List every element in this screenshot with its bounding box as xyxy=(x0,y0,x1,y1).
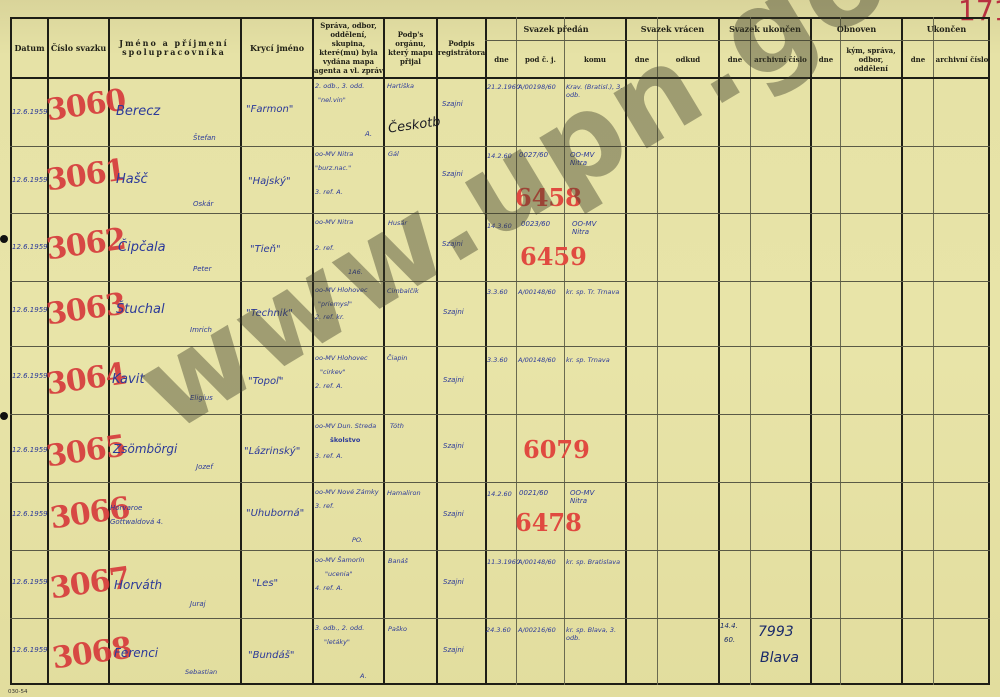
cell-sprava-1: oo-MV Nitra xyxy=(315,218,353,226)
cell-registrator: Szajni xyxy=(443,510,464,518)
cell-sprava-2: "burz.nac." xyxy=(315,164,351,172)
header-vracen-odkud: odkud xyxy=(658,42,718,77)
header-rule xyxy=(10,77,990,79)
cell-stamp-number: 6478 xyxy=(515,508,582,537)
header-ukoncen-dne: dne xyxy=(720,42,750,77)
cell-podpis-organu: Hamaliron xyxy=(387,489,421,497)
header-sprava: Správa, odbor, oddělení, skupina, které(… xyxy=(314,19,383,77)
row-rule xyxy=(10,618,990,619)
column-rule xyxy=(750,17,751,685)
cell-kryci: "Lázrinský" xyxy=(244,446,300,457)
cell-sprava-2: 2. ref. xyxy=(315,244,334,252)
cell-sprava-3: 3. ref. A. xyxy=(315,188,343,196)
header-podpis-registratora: Podpis registrátora xyxy=(438,19,485,77)
cell-kryci: "Tieň" xyxy=(250,244,281,255)
cell-predan-dne: 14.2.60 xyxy=(487,152,512,160)
column-rule xyxy=(901,17,903,685)
cell-sprava-1: 2. odb., 3. odd. xyxy=(315,82,364,90)
cell-sprava-1: oo-MV Šamorín xyxy=(315,556,364,564)
cell-sprava-1: 3. odb., 2. odd. xyxy=(315,624,364,632)
cell-predan-dne: 24.3.60 xyxy=(486,626,511,634)
cell-prijmeni: Čipčala xyxy=(118,240,166,255)
cell-sprava-2: "priemysl" xyxy=(318,300,352,308)
cell-sprava-3: 2. ref. A. xyxy=(315,382,343,390)
cell-sprava-3: 4. ref. A. xyxy=(315,584,343,592)
row-rule xyxy=(10,482,990,483)
cell-sprava-3: 3. ref. A. xyxy=(315,452,343,460)
cell-registrator: Szajni xyxy=(442,240,463,248)
column-rule xyxy=(657,17,658,685)
cell-datum: 12.6.1959 xyxy=(12,108,48,116)
column-rule xyxy=(240,17,242,685)
cell-stamp-number: 6079 xyxy=(523,435,590,464)
row-rule xyxy=(10,281,990,282)
cell-podpis-organu: Hartiška xyxy=(387,82,414,90)
cell-predan-cj: 0021/60 xyxy=(519,489,548,497)
row-rule xyxy=(10,213,990,214)
cell-kryci: "Bundáš" xyxy=(248,650,294,661)
cell-registrator: Szajni xyxy=(443,646,464,654)
header-datum: Datum xyxy=(12,19,47,77)
cell-kryci: "Farmon" xyxy=(246,104,293,115)
header-obnoven-kym: kým, správa, odbor, oddělení xyxy=(841,42,901,77)
cell-jmeno: Eligius xyxy=(190,394,213,402)
cell-kryci: "Les" xyxy=(252,578,278,589)
cell-registrator: Szajni xyxy=(443,308,464,316)
cell-predan-dne: 11.3.1960 xyxy=(487,558,520,566)
cell-sprava-1: oo-MV Hlohovec xyxy=(315,354,368,362)
cell-jmeno: Jozef xyxy=(196,463,213,471)
cell-prijmeni: Ferenci xyxy=(114,646,158,660)
header-kryci-jmeno: Krycí jméno xyxy=(242,19,312,77)
cell-predan-cj: A/00216/60 xyxy=(518,626,556,634)
header-ukoncen2-dne: dne xyxy=(903,42,933,77)
cell-jmeno: Sebastian xyxy=(185,668,217,676)
cell-predan-dne: 14.2.60 xyxy=(487,490,512,498)
cell-predan-cj: A/00148/60 xyxy=(518,558,556,566)
cell-predan-cj: A/00198/60 xyxy=(518,83,556,91)
cell-registrator: Szajni xyxy=(443,442,464,450)
cell-predan-komu: kr. sp. Blava, 3. odb. xyxy=(566,626,624,642)
cell-registrator: Szajni xyxy=(442,100,463,108)
cell-podpis-organu: Paško xyxy=(388,625,407,633)
cell-predan-komu: kr. sp. Tr. Trnava xyxy=(566,288,624,296)
cell-sprava-3: 1A6. xyxy=(348,268,363,276)
cell-predan-cj: 0023/60 xyxy=(521,220,550,228)
cell-podpis-organu: Husár xyxy=(388,219,407,227)
cell-ukoncen-archivni: 7993 xyxy=(758,624,794,640)
cell-sprava-3: PO. xyxy=(352,536,363,544)
cell-predan-komu: OO-MV Nitra xyxy=(570,151,610,167)
cell-kryci: "Uhuborná" xyxy=(246,508,304,519)
header-obnoven: Obnoven xyxy=(812,19,901,39)
cell-prijmeni: Štuchal xyxy=(116,302,165,317)
cell-predan-dne: 14.3.60 xyxy=(487,222,512,230)
cell-sprava-2: "letáky" xyxy=(324,638,350,646)
cell-jmeno: Imrich xyxy=(190,326,212,334)
cell-predan-cj: 0027/60 xyxy=(519,151,548,159)
cell-sprava-1: oo-MV Nové Zámky xyxy=(315,488,379,496)
cell-sprava-2: "ucenia" xyxy=(325,570,353,578)
cell-podpis-organu: Cimbalčík xyxy=(387,287,419,295)
cell-podpis-organu: Gál xyxy=(388,150,399,158)
header-jmeno: Jméno a příjmení spolupracovníka xyxy=(112,19,236,77)
header-podpis-organu: Podp's orgánu, který mapu přijal xyxy=(385,19,436,77)
cell-sprava-2: "nel.vin" xyxy=(318,96,346,104)
cell-sprava-1: oo-MV Nitra xyxy=(315,150,353,158)
cell-prijmeni: Zsömbörgi xyxy=(113,442,177,456)
column-rule xyxy=(564,17,565,685)
cell-predan-dne: 21.2.1960 xyxy=(487,83,520,91)
cell-prijmeni: Berecz xyxy=(116,104,160,119)
column-rule xyxy=(383,17,385,685)
cell-predan-komu: OO-MV Nitra xyxy=(570,489,610,505)
form-number: 030-54 xyxy=(8,689,27,695)
header-svazek-ukoncen: Svazek ukončen xyxy=(720,19,810,39)
column-rule xyxy=(840,17,841,685)
cell-sprava-3: A. xyxy=(365,130,372,138)
cell-registrator: Szajni xyxy=(443,376,464,384)
cell-podpis-organu: Tóth xyxy=(390,422,404,430)
header-svazek-predan: Svazek předán xyxy=(487,19,625,39)
cell-kryci: "Hajský" xyxy=(248,176,291,187)
row-rule xyxy=(10,346,990,347)
cell-sprava-2: školstvo xyxy=(330,436,360,444)
header-ukoncen-archivni: archivní číslo xyxy=(751,42,810,77)
row-rule xyxy=(10,550,990,551)
cell-predan-dne: 3.3.60 xyxy=(487,356,508,364)
cell-sprava-2: 3. ref. xyxy=(315,502,334,510)
cell-podpis-organu: Čiapin xyxy=(387,354,407,362)
group-header-rule xyxy=(485,40,990,41)
cell-datum: 12.6.1959 xyxy=(12,306,48,314)
column-rule xyxy=(516,17,517,685)
header-predan-dne: dne xyxy=(487,42,516,77)
cell-podpis-organu: Banáš xyxy=(388,557,408,565)
column-rule xyxy=(485,17,487,685)
column-rule xyxy=(810,17,812,685)
header-predan-komu: komu xyxy=(565,42,625,77)
cell-datum: 12.6.1959 xyxy=(12,510,48,518)
cell-prijmeni: Kavit xyxy=(112,372,144,387)
binder-hole xyxy=(0,235,8,243)
column-rule xyxy=(625,17,627,685)
cell-ukoncen-signature: Blava xyxy=(760,650,799,666)
cell-predan-komu: Krav. (Bratisl.), 3. odb. xyxy=(566,83,624,99)
cell-kryci: "Technik" xyxy=(246,308,293,319)
cell-predan-cj: A/00148/60 xyxy=(518,356,556,364)
cell-predan-komu: OO-MV Nitra xyxy=(572,220,612,236)
header-cislo-svazku: Číslo svazku xyxy=(49,19,108,77)
header-svazek-vracen: Svazek vrácen xyxy=(627,19,718,39)
header-ukoncen2: Ukončen xyxy=(903,19,990,39)
cell-sprava-1: oo-MV Dun. Streda xyxy=(315,422,376,430)
cell-predan-cj: A/00148/60 xyxy=(518,288,556,296)
cell-datum: 12.6.1959 xyxy=(12,646,48,654)
header-vracen-dne: dne xyxy=(627,42,657,77)
cell-jmeno: Juraj xyxy=(190,600,206,608)
cell-jmeno: Štefan xyxy=(193,134,216,142)
cell-predan-komu: kr. sp. Bratislava xyxy=(566,558,620,566)
header-ukoncen2-archivni: archivní číslo xyxy=(934,42,990,77)
cell-registrator: Szajni xyxy=(443,578,464,586)
column-rule xyxy=(718,17,720,685)
cell-predan-komu: kr. sp. Trnava xyxy=(566,356,624,364)
column-rule xyxy=(933,17,934,685)
cell-prijmeni: Horváth xyxy=(114,578,162,592)
row-rule xyxy=(10,414,990,415)
cell-datum: 12.6.1959 xyxy=(12,446,48,454)
document-page: 171 Datum Číslo svazku Jméno a příjmení … xyxy=(0,0,1000,697)
cell-ukoncen-dne: 14.4. xyxy=(720,622,738,630)
cell-sprava-3: 2. ref. kr. xyxy=(315,313,344,321)
cell-datum: 12.6.1959 xyxy=(12,372,48,380)
cell-stamp-number: 6459 xyxy=(520,242,587,271)
binder-hole xyxy=(0,412,8,420)
cell-datum: 12.6.1959 xyxy=(12,243,48,251)
cell-prijmeni: Horvaroe xyxy=(110,504,142,512)
cell-jmeno: Peter xyxy=(193,265,211,273)
cell-sprava-1: oo-MV Hlohovec xyxy=(315,286,368,294)
cell-jmeno: Gottwaldová 4. xyxy=(110,518,163,526)
cell-stamp-number: 6458 xyxy=(515,183,582,212)
cell-datum: 12.6.1959 xyxy=(12,578,48,586)
cell-sprava-3: A. xyxy=(360,672,367,680)
cell-ukoncen-dne-year: 60. xyxy=(724,636,735,644)
cell-registrator: Szajni xyxy=(442,170,463,178)
cell-datum: 12.6.1959 xyxy=(12,176,48,184)
row-rule xyxy=(10,146,990,147)
header-obnoven-dne: dne xyxy=(812,42,840,77)
cell-jmeno: Oskár xyxy=(193,200,213,208)
cell-predan-dne: 3.3.60 xyxy=(487,288,508,296)
cell-prijmeni: Hašč xyxy=(116,172,148,187)
header-predan-pod-cj: pod č. j. xyxy=(517,42,564,77)
cell-kryci: "Topoľ" xyxy=(248,376,283,387)
column-rule xyxy=(312,17,314,685)
cell-sprava-2: "cirkev" xyxy=(320,368,346,376)
